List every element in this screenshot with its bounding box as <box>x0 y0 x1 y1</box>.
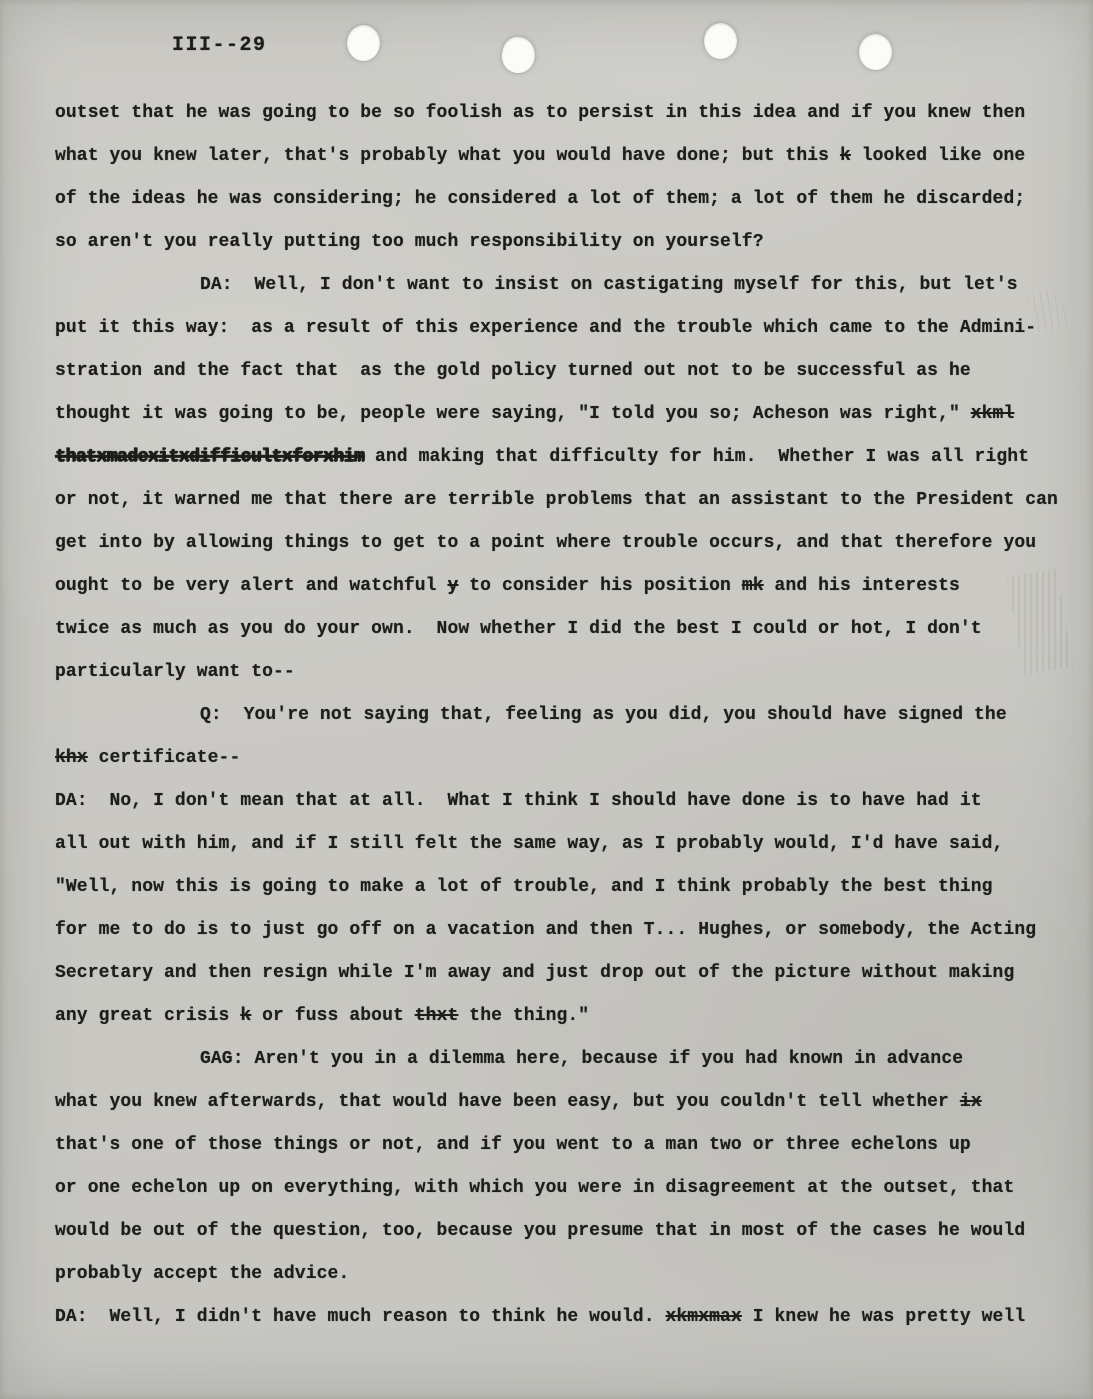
text-line: DA: No, I don't mean that at all. What I… <box>55 780 1065 823</box>
text-segment: thought it was going to be, people were … <box>55 404 971 424</box>
struck-text: ix <box>960 1092 982 1112</box>
punch-hole <box>347 25 380 61</box>
text-segment: looked like one <box>851 146 1025 166</box>
text-line: of the ideas he was considering; he cons… <box>55 178 1065 221</box>
text-line: Q: You're not saying that, feeling as yo… <box>55 694 1065 737</box>
text-line: twice as much as you do your own. Now wh… <box>55 608 1065 651</box>
struck-text: xkml <box>971 404 1015 424</box>
text-segment: outset that he was going to be so foolis… <box>55 103 1025 123</box>
text-segment: or fuss about <box>251 1006 415 1026</box>
text-segment: of the ideas he was considering; he cons… <box>55 189 1025 209</box>
text-line: outset that he was going to be so foolis… <box>55 92 1065 135</box>
text-segment: and his interests <box>764 576 960 596</box>
text-segment: DA: No, I don't mean that at all. What I… <box>55 791 982 811</box>
text-line: DA: Well, I didn't have much reason to t… <box>55 1296 1065 1339</box>
text-segment: what you knew afterwards, that would hav… <box>55 1092 960 1112</box>
text-segment: that's one of those things or not, and i… <box>55 1135 971 1155</box>
struck-text: khx <box>55 748 88 768</box>
text-line: Secretary and then resign while I'm away… <box>55 952 1065 995</box>
text-line: particularly want to-- <box>55 651 1065 694</box>
text-line: or one echelon up on everything, with wh… <box>55 1167 1065 1210</box>
struck-text: y <box>447 576 458 596</box>
text-line: khx certificate-- <box>55 737 1065 780</box>
text-segment: particularly want to-- <box>55 662 295 682</box>
text-line: thatxmadexitxdifficultxforxhim and makin… <box>55 436 1065 479</box>
struck-text: xkmxmax <box>666 1307 742 1327</box>
text-line: what you knew afterwards, that would hav… <box>55 1081 1065 1124</box>
text-segment: certificate-- <box>88 748 241 768</box>
text-segment: get into by allowing things to get to a … <box>55 533 1036 553</box>
text-segment: or one echelon up on everything, with wh… <box>55 1178 1014 1198</box>
text-line: get into by allowing things to get to a … <box>55 522 1065 565</box>
struck-text: thxt <box>415 1006 459 1026</box>
text-line: stration and the fact that as the gold p… <box>55 350 1065 393</box>
page-number: III--29 <box>172 34 267 57</box>
text-line: for me to do is to just go off on a vaca… <box>55 909 1065 952</box>
text-segment: would be out of the question, too, becau… <box>55 1221 1025 1241</box>
text-line: what you knew later, that's probably wha… <box>55 135 1065 178</box>
text-segment: DA: Well, I don't want to insist on cast… <box>200 275 1018 295</box>
text-segment: twice as much as you do your own. Now wh… <box>55 619 982 639</box>
document-page: III--29 outset that he was going to be s… <box>0 0 1093 1399</box>
text-segment: for me to do is to just go off on a vaca… <box>55 920 1036 940</box>
text-segment: probably accept the advice. <box>55 1264 349 1284</box>
text-line: ought to be very alert and watchful y to… <box>55 565 1065 608</box>
text-segment: what you knew later, that's probably wha… <box>55 146 840 166</box>
text-line: DA: Well, I don't want to insist on cast… <box>55 264 1065 307</box>
text-line: so aren't you really putting too much re… <box>55 221 1065 264</box>
struck-text: mk <box>742 576 764 596</box>
text-segment: put it this way: as a result of this exp… <box>55 318 1036 338</box>
text-line: GAG: Aren't you in a dilemma here, becau… <box>55 1038 1065 1081</box>
text-segment: all out with him, and if I still felt th… <box>55 834 1003 854</box>
text-line: that's one of those things or not, and i… <box>55 1124 1065 1167</box>
text-segment: DA: Well, I didn't have much reason to t… <box>55 1307 666 1327</box>
text-segment: GAG: Aren't you in a dilemma here, becau… <box>200 1049 963 1069</box>
text-line: "Well, now this is going to make a lot o… <box>55 866 1065 909</box>
text-segment: or not, it warned me that there are terr… <box>55 490 1058 510</box>
text-segment: "Well, now this is going to make a lot o… <box>55 877 993 897</box>
text-segment: to consider his position <box>458 576 741 596</box>
text-segment: Q: You're not saying that, feeling as yo… <box>200 705 1007 725</box>
text-line: all out with him, and if I still felt th… <box>55 823 1065 866</box>
text-line: put it this way: as a result of this exp… <box>55 307 1065 350</box>
page-lines: outset that he was going to be so foolis… <box>55 92 1065 1339</box>
text-line: would be out of the question, too, becau… <box>55 1210 1065 1253</box>
text-segment: stration and the fact that as the gold p… <box>55 361 971 381</box>
text-segment: so aren't you really putting too much re… <box>55 232 764 252</box>
struck-text: k <box>840 146 851 166</box>
text-line: thought it was going to be, people were … <box>55 393 1065 436</box>
text-segment: Secretary and then resign while I'm away… <box>55 963 1014 983</box>
text-line: or not, it warned me that there are terr… <box>55 479 1065 522</box>
punch-hole <box>499 34 539 76</box>
punch-hole <box>704 23 737 59</box>
text-line: any great crisis k or fuss about thxt th… <box>55 995 1065 1038</box>
text-segment: ought to be very alert and watchful <box>55 576 447 596</box>
text-segment: and making that difficulty for him. Whet… <box>364 447 1029 467</box>
text-segment: I knew he was pretty well <box>742 1307 1025 1327</box>
text-segment: any great crisis <box>55 1006 240 1026</box>
struck-text: thatxmadexitxdifficultxforxhim <box>55 447 364 467</box>
text-segment: the thing." <box>458 1006 589 1026</box>
punch-hole <box>859 34 892 70</box>
struck-text: k <box>240 1006 251 1026</box>
text-line: probably accept the advice. <box>55 1253 1065 1296</box>
